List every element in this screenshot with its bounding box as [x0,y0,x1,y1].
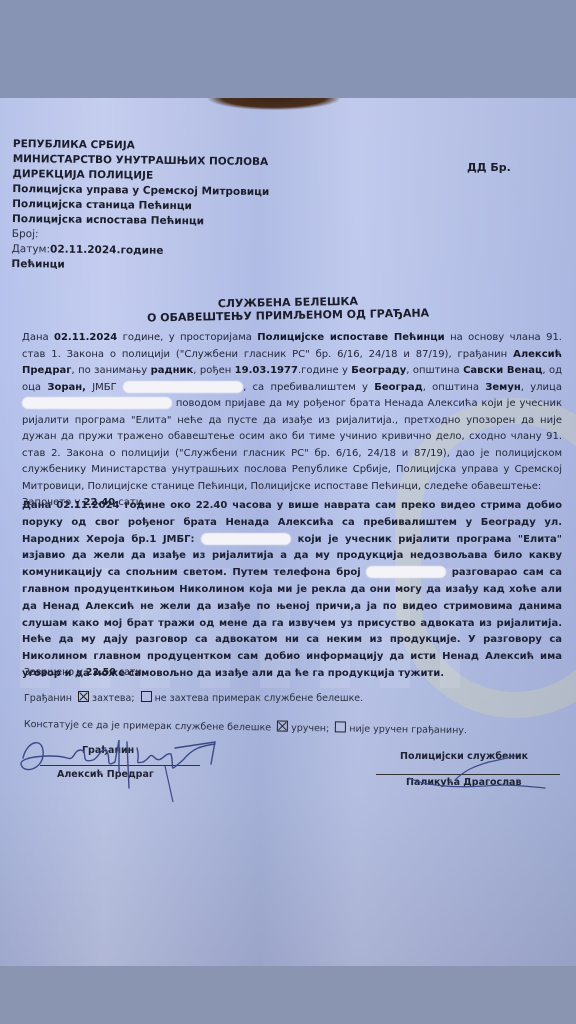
text: , са пребивалиштем у [243,382,374,393]
residence: Београд [374,382,422,393]
document-header: РЕПУБЛИКА СРБИЈА МИНИСТАРСТВО УНУТРАШЊИХ… [11,137,270,275]
citizen-signature [15,728,235,808]
dd-number-label: ДД Бр. [467,161,511,174]
official-note: РЕПУБЛИКА СРБИЈА МИНИСТАРСТВО УНУТРАШЊИХ… [0,0,576,1024]
paragraph-statement: Дана 02.11.2024 године око 22.40 часова … [22,498,562,683]
text: , општина [406,365,463,376]
premises: Полицијске испоставе Пећинци [257,332,444,343]
text: .године у [298,365,351,376]
copy-request-checkboxes: Грађанин захтева; не захтева примерак сл… [24,691,363,704]
datum-value: 02.11.2024.године [50,243,163,256]
text: ЈМБГ [86,382,123,393]
text: Дана [22,332,54,343]
header-line: Полицијска испостава Пећинци [12,212,269,230]
document-title: СЛУЖБЕНА БЕЛЕШКА О ОБАВЕШТЕЊУ ПРИМЉЕНОМ … [0,291,576,327]
checkbox-label: није уручен грађанину. [349,724,467,737]
text: , општина [423,382,486,393]
place: Пећинци [11,257,268,275]
redaction-phone [366,566,446,578]
checkbox-label: не захтева примерак службене белешке. [155,693,364,704]
checkbox-requests[interactable] [78,691,89,702]
occupation: радник [151,365,194,376]
finished-time: 22.50 [86,667,116,678]
finished-line: Завршено у 22.50 сати. [24,667,145,678]
text: поводом пријаве да му рођеног брата Нена… [22,398,562,492]
checkbox-not-requests[interactable] [141,691,152,702]
text: сати. [116,667,145,678]
finished-label: Завршено у [24,667,86,678]
redaction-jmbg [123,381,243,393]
officer-signature [395,752,565,792]
text: године, у просторијама [117,332,257,343]
redaction-jmbg-brother [201,533,291,545]
checkbox-label: уручен; [291,723,329,735]
checkbox-not-delivered[interactable] [335,721,346,732]
text: разговарао сам са главном продуценткињом… [22,567,562,679]
datum-label: Датум: [12,243,51,255]
text: , по занимању [72,365,151,376]
checkbox-delivered[interactable] [277,721,288,732]
text: , улица [521,382,562,393]
father-name: Зоран, [47,382,86,393]
birth-date: 19.03.1977 [235,365,298,376]
text: , рођен [193,365,234,376]
date: 02.11.2024 [54,332,117,343]
birth-municipality: Савски Венац [463,365,542,376]
birth-place: Београду [351,365,406,376]
checkbox-label: захтева; [92,693,135,704]
redaction-street [22,397,172,409]
paragraph-intro: Дана 02.11.2024 године, у просторијама П… [22,330,562,512]
checkbox-prefix: Грађанин [24,693,72,704]
residence-municipality: Земун [485,382,521,393]
